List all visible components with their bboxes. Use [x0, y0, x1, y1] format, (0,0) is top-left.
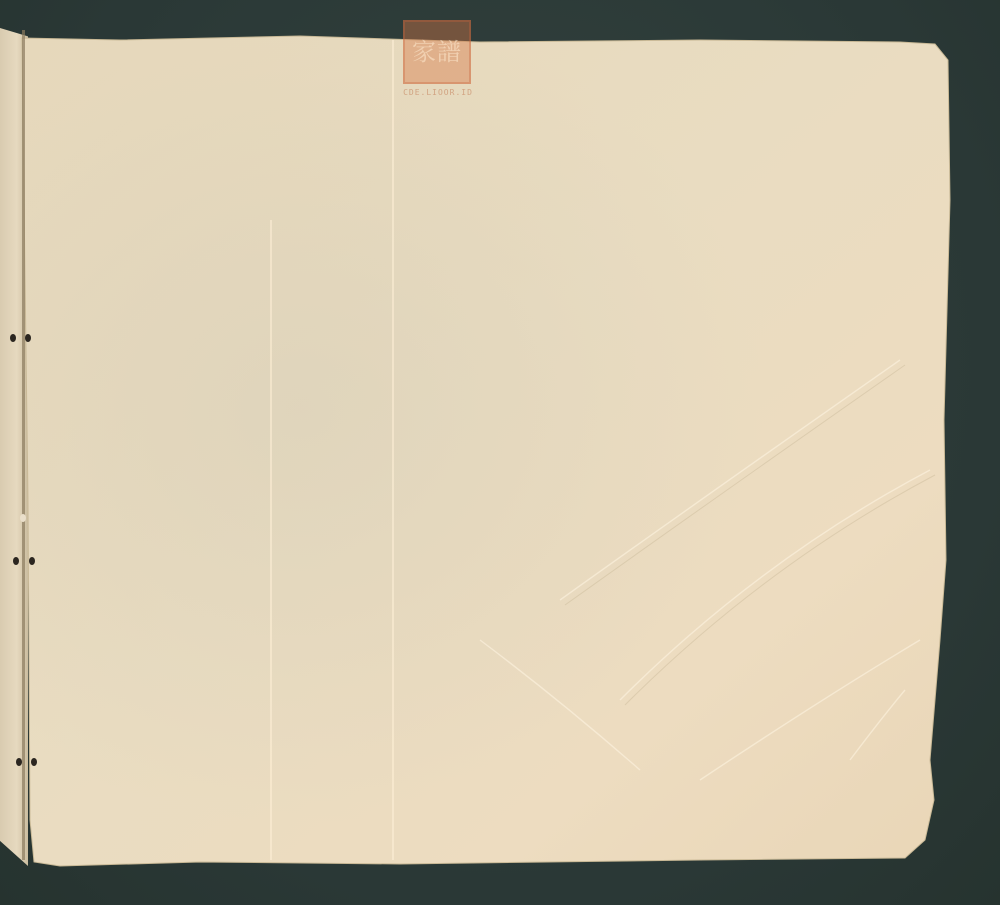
vertical-fold-line	[270, 220, 272, 860]
binding-hole	[13, 557, 19, 565]
binding-hole	[25, 334, 31, 342]
binding-spine	[22, 30, 25, 860]
seal-glyphs: 家譜	[412, 40, 462, 64]
library-seal-stamp: 家譜	[403, 20, 471, 84]
paper-sheet	[0, 0, 1000, 905]
vertical-fold-line	[392, 40, 394, 860]
binding-hole	[29, 557, 35, 565]
binding-hole	[20, 514, 26, 522]
seal-caption: CDE.LIOOR.ID	[375, 88, 501, 97]
binding-hole	[31, 758, 37, 766]
binding-hole	[10, 334, 16, 342]
paper-page	[0, 0, 1000, 905]
binding-hole	[16, 758, 22, 766]
